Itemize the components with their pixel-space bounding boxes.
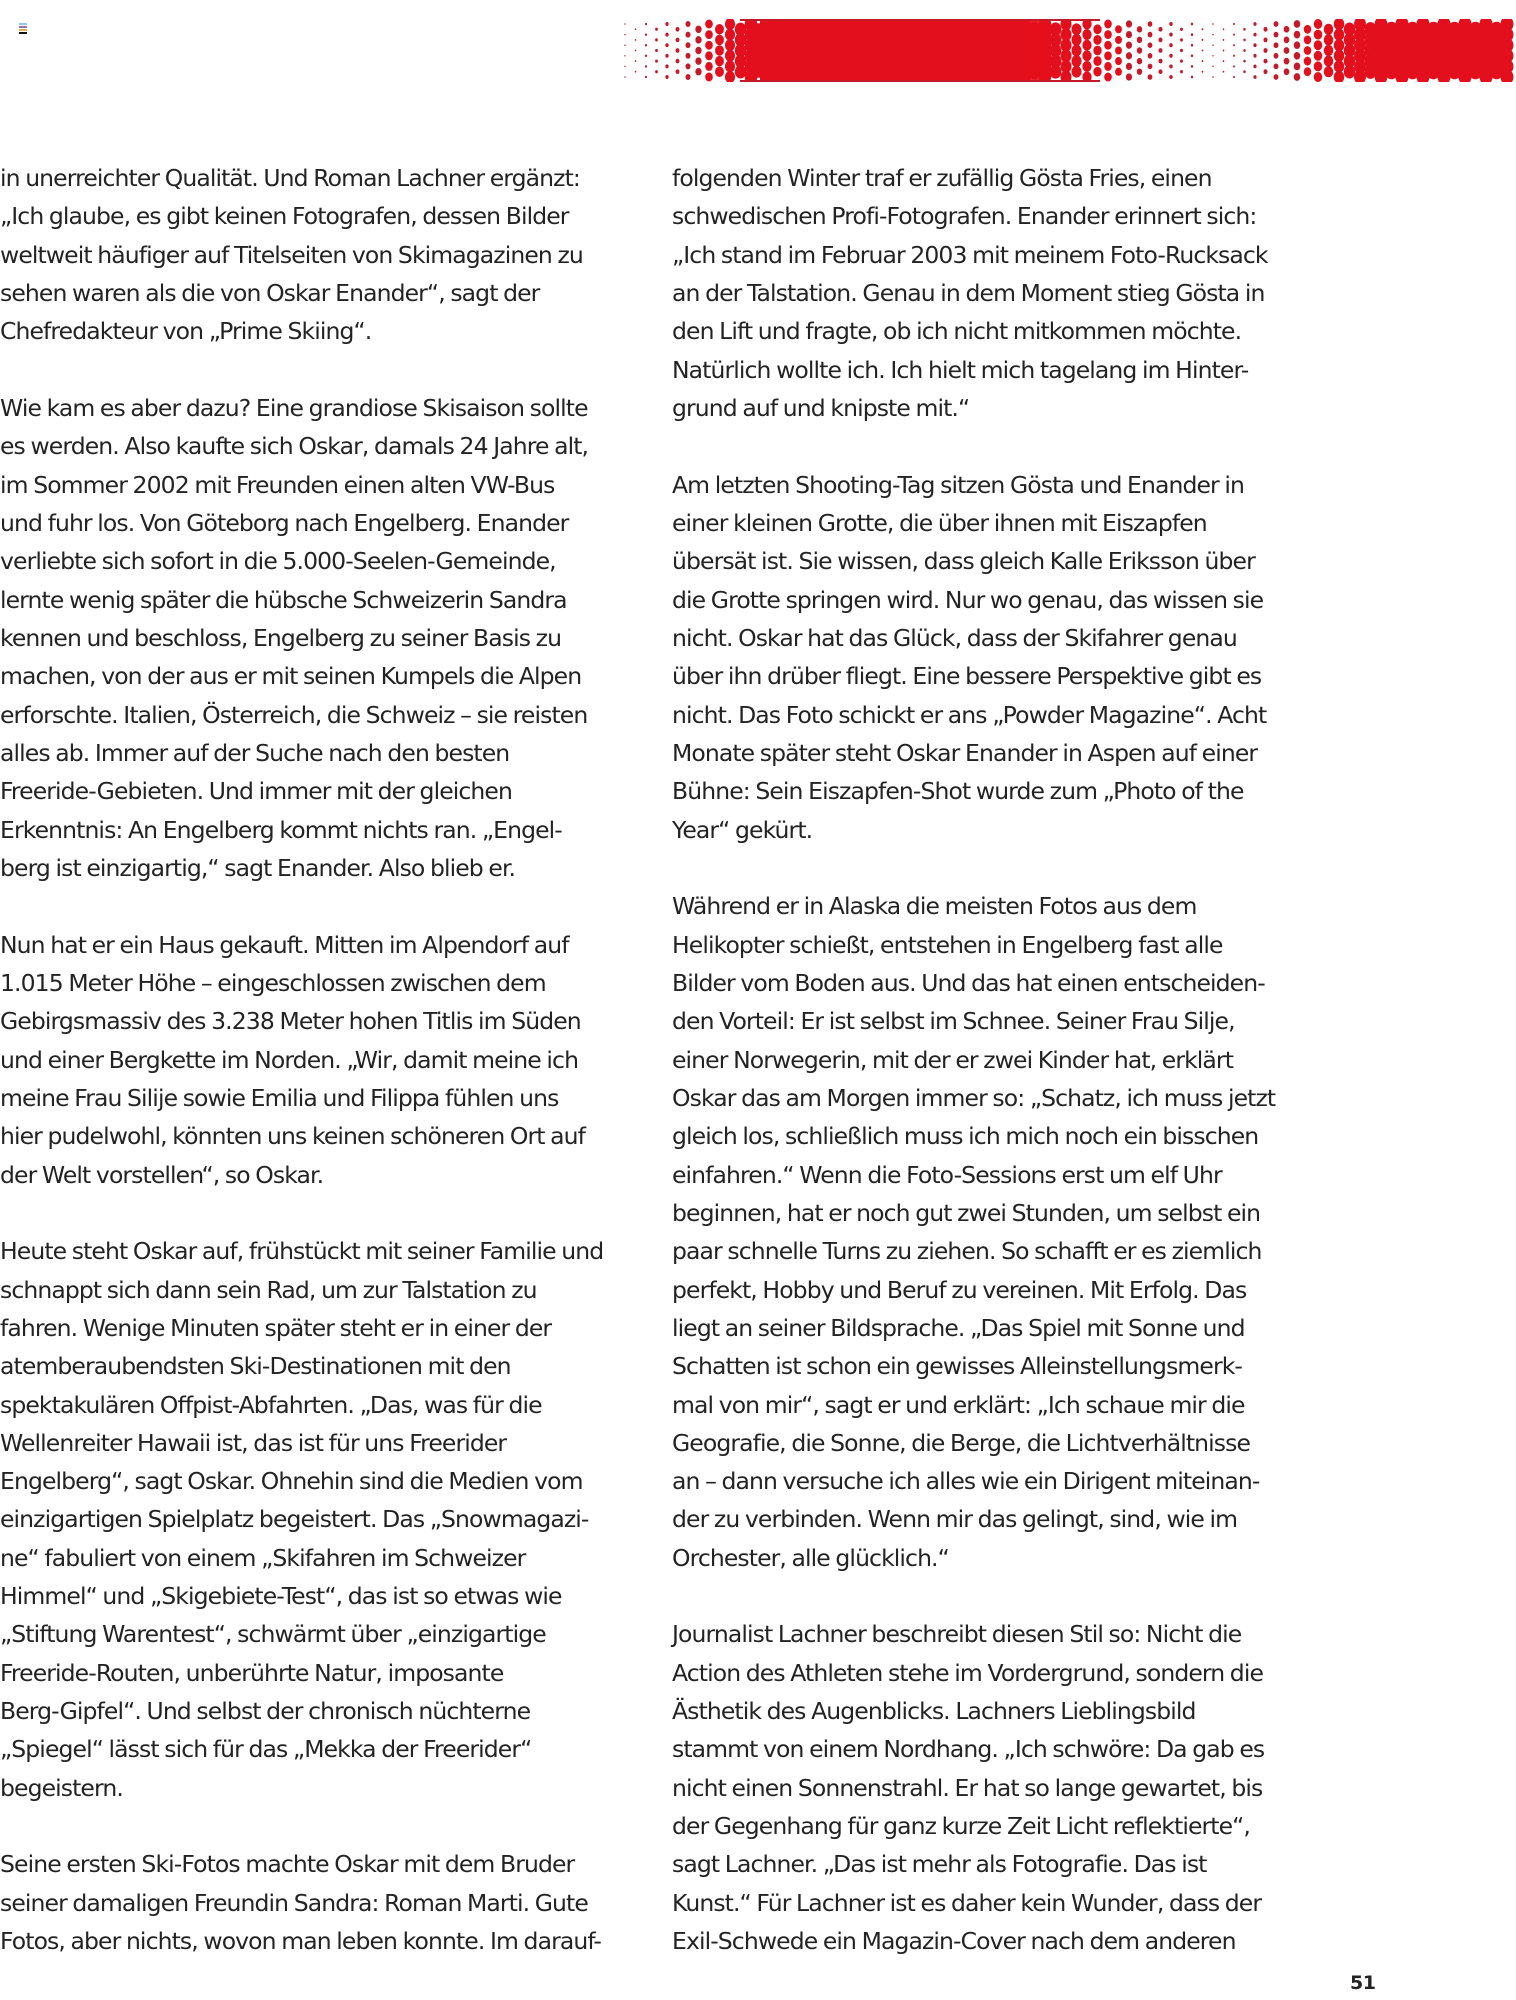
text-line: verliebte sich sofort in die 5.000-Seele… — [0, 542, 640, 580]
text-line: der Welt vorstellen“, so Oskar. — [0, 1156, 640, 1194]
text-line: Berg-Gipfel“. Und selbst der chronisch n… — [0, 1692, 640, 1730]
text-line: Journalist Lachner beschreibt diesen Sti… — [672, 1615, 1312, 1653]
text-line: Wie kam es aber dazu? Eine grandiose Ski… — [0, 389, 640, 427]
text-line: Während er in Alaska die meisten Fotos a… — [672, 887, 1312, 925]
text-line: schnappt sich dann sein Rad, um zur Tals… — [0, 1271, 640, 1309]
text-line: an – dann versuche ich alles wie ein Dir… — [672, 1462, 1312, 1500]
text-line: die Grotte springen wird. Nur wo genau, … — [672, 581, 1312, 619]
text-line: Schatten ist schon ein gewisses Alleinst… — [672, 1347, 1312, 1385]
text-line: alles ab. Immer auf der Suche nach den b… — [0, 734, 640, 772]
text-line: machen, von der aus er mit seinen Kumpel… — [0, 657, 640, 695]
text-line: lernte wenig später die hübsche Schweize… — [0, 581, 640, 619]
text-line: ne“ fabuliert von einem „Skifahren im Sc… — [0, 1539, 640, 1577]
text-line: Nun hat er ein Haus gekauft. Mitten im A… — [0, 926, 640, 964]
text-line: meine Frau Silije sowie Emilia und Filip… — [0, 1079, 640, 1117]
text-line: Exil-Schwede ein Magazin-Cover nach dem … — [672, 1922, 1312, 1960]
paragraph: Während er in Alaska die meisten Fotos a… — [672, 887, 1312, 1577]
paragraph: in unerreichter Qualität. Und Roman Lach… — [0, 159, 640, 351]
text-line: der zu verbinden. Wenn mir das gelingt, … — [672, 1500, 1312, 1538]
text-line: Wellenreiter Hawaii ist, das ist für uns… — [0, 1424, 640, 1462]
text-line: Seine ersten Ski-Fotos machte Oskar mit … — [0, 1845, 640, 1883]
text-line: den Lift und fragte, ob ich nicht mitkom… — [672, 312, 1312, 350]
halftone-header-banner — [620, 19, 1516, 82]
text-line: sehen waren als die von Oskar Enander“, … — [0, 274, 640, 312]
text-line: den Vorteil: Er ist selbst im Schnee. Se… — [672, 1002, 1312, 1040]
text-line: Freeride-Gebieten. Und immer mit der gle… — [0, 772, 640, 810]
text-line: einfahren.“ Wenn die Foto-Sessions erst … — [672, 1156, 1312, 1194]
text-line: seiner damaligen Freundin Sandra: Roman … — [0, 1884, 640, 1922]
text-line: kennen und beschloss, Engelberg zu seine… — [0, 619, 640, 657]
text-line: Action des Athleten stehe im Vordergrund… — [672, 1654, 1312, 1692]
text-line: nicht. Oskar hat das Glück, dass der Ski… — [672, 619, 1312, 657]
text-line: Monate später steht Oskar Enander in Asp… — [672, 734, 1312, 772]
text-line: einzigartigen Spielplatz begeistert. Das… — [0, 1500, 640, 1538]
text-line: Himmel“ und „Skigebiete-Test“, das ist s… — [0, 1577, 640, 1615]
page-number: 51 — [1350, 1972, 1375, 1994]
text-line: Oskar das am Morgen immer so: „Schatz, i… — [672, 1079, 1312, 1117]
paragraph: Heute steht Oskar auf, frühstückt mit se… — [0, 1232, 640, 1807]
text-line: „Stiftung Warentest“, schwärmt über „ein… — [0, 1615, 640, 1653]
text-line: Am letzten Shooting-Tag sitzen Gösta und… — [672, 466, 1312, 504]
text-line: weltweit häufiger auf Titelseiten von Sk… — [0, 236, 640, 274]
text-line: „Spiegel“ lässt sich für das „Mekka der … — [0, 1730, 640, 1768]
text-column-left: in unerreichter Qualität. Und Roman Lach… — [0, 159, 640, 1960]
text-line: Helikopter schießt, entstehen in Engelbe… — [672, 926, 1312, 964]
text-line: Freeride-Routen, unberührte Natur, impos… — [0, 1654, 640, 1692]
text-line: fahren. Wenige Minuten später steht er i… — [0, 1309, 640, 1347]
text-line: im Sommer 2002 mit Freunden einen alten … — [0, 466, 640, 504]
text-line: stammt von einem Nordhang. „Ich schwöre:… — [672, 1730, 1312, 1768]
text-line: über ihn drüber fliegt. Eine bessere Per… — [672, 657, 1312, 695]
text-line: der Gegenhang für ganz kurze Zeit Licht … — [672, 1807, 1312, 1845]
text-line: Geografie, die Sonne, die Berge, die Lic… — [672, 1424, 1312, 1462]
text-line: hier pudelwohl, könnten uns keinen schön… — [0, 1117, 640, 1155]
text-line: einer kleinen Grotte, die über ihnen mit… — [672, 504, 1312, 542]
paragraph: Nun hat er ein Haus gekauft. Mitten im A… — [0, 926, 640, 1194]
text-line: Orchester, alle glücklich.“ — [672, 1539, 1312, 1577]
color-swatch — [19, 26, 27, 28]
text-line: einer Norwegerin, mit der er zwei Kinder… — [672, 1041, 1312, 1079]
text-line: nicht einen Sonnenstrahl. Er hat so lang… — [672, 1769, 1312, 1807]
text-line: erforschte. Italien, Österreich, die Sch… — [0, 696, 640, 734]
text-line: Fotos, aber nichts, wovon man leben konn… — [0, 1922, 640, 1960]
text-line: begeistern. — [0, 1769, 640, 1807]
text-line: und fuhr los. Von Göteborg nach Engelber… — [0, 504, 640, 542]
text-line: schwedischen Profi-Fotografen. Enander e… — [672, 197, 1312, 235]
color-swatch — [19, 29, 27, 31]
text-line: Ästhetik des Augenblicks. Lachners Liebl… — [672, 1692, 1312, 1730]
paragraph: Wie kam es aber dazu? Eine grandiose Ski… — [0, 389, 640, 887]
text-line: „Ich stand im Februar 2003 mit meinem Fo… — [672, 236, 1312, 274]
text-line: Kunst.“ Für Lachner ist es daher kein Wu… — [672, 1884, 1312, 1922]
text-line: und einer Bergkette im Norden. „Wir, dam… — [0, 1041, 640, 1079]
color-swatch — [19, 32, 27, 34]
text-line: Bilder vom Boden aus. Und das hat einen … — [672, 964, 1312, 1002]
text-line: Gebirgsmassiv des 3.238 Meter hohen Titl… — [0, 1002, 640, 1040]
color-swatch — [19, 23, 27, 25]
paragraph: Seine ersten Ski-Fotos machte Oskar mit … — [0, 1845, 640, 1960]
text-line: 1.015 Meter Höhe – eingeschlossen zwisch… — [0, 964, 640, 1002]
paragraph: Am letzten Shooting-Tag sitzen Gösta und… — [672, 466, 1312, 849]
text-line: berg ist einzigartig,“ sagt Enander. Als… — [0, 849, 640, 887]
text-line: mal von mir“, sagt er und erklärt: „Ich … — [672, 1386, 1312, 1424]
paragraph: folgenden Winter traf er zufällig Gösta … — [672, 159, 1312, 427]
text-line: spektakulären Offpist-Abfahrten. „Das, w… — [0, 1386, 640, 1424]
text-line: Erkenntnis: An Engelberg kommt nichts ra… — [0, 811, 640, 849]
text-line: folgenden Winter traf er zufällig Gösta … — [672, 159, 1312, 197]
print-color-mark — [19, 23, 27, 35]
text-line: grund auf und knipste mit.“ — [672, 389, 1312, 427]
text-line: Natürlich wollte ich. Ich hielt mich tag… — [672, 351, 1312, 389]
text-line: Engelberg“, sagt Oskar. Ohnehin sind die… — [0, 1462, 640, 1500]
text-line: übersät ist. Sie wissen, dass gleich Kal… — [672, 542, 1312, 580]
text-column-right: folgenden Winter traf er zufällig Gösta … — [672, 159, 1312, 1960]
text-line: paar schnelle Turns zu ziehen. So schaff… — [672, 1232, 1312, 1270]
text-line: Year“ gekürt. — [672, 811, 1312, 849]
text-line: es werden. Also kaufte sich Oskar, damal… — [0, 427, 640, 465]
text-line: Heute steht Oskar auf, frühstückt mit se… — [0, 1232, 640, 1270]
halftone-pattern-graphic — [620, 19, 1516, 82]
text-line: „Ich glaube, es gibt keinen Fotografen, … — [0, 197, 640, 235]
text-line: an der Talstation. Genau in dem Moment s… — [672, 274, 1312, 312]
text-line: Bühne: Sein Eiszapfen-Shot wurde zum „Ph… — [672, 772, 1312, 810]
text-line: atemberaubendsten Ski-Destinationen mit … — [0, 1347, 640, 1385]
text-line: perfekt, Hobby und Beruf zu vereinen. Mi… — [672, 1271, 1312, 1309]
text-line: Chefredakteur von „Prime Skiing“. — [0, 312, 640, 350]
text-line: gleich los, schließlich muss ich mich no… — [672, 1117, 1312, 1155]
text-line: sagt Lachner. „Das ist mehr als Fotograf… — [672, 1845, 1312, 1883]
text-line: liegt an seiner Bildsprache. „Das Spiel … — [672, 1309, 1312, 1347]
text-line: nicht. Das Foto schickt er ans „Powder M… — [672, 696, 1312, 734]
text-line: beginnen, hat er noch gut zwei Stunden, … — [672, 1194, 1312, 1232]
text-line: in unerreichter Qualität. Und Roman Lach… — [0, 159, 640, 197]
paragraph: Journalist Lachner beschreibt diesen Sti… — [672, 1615, 1312, 1960]
